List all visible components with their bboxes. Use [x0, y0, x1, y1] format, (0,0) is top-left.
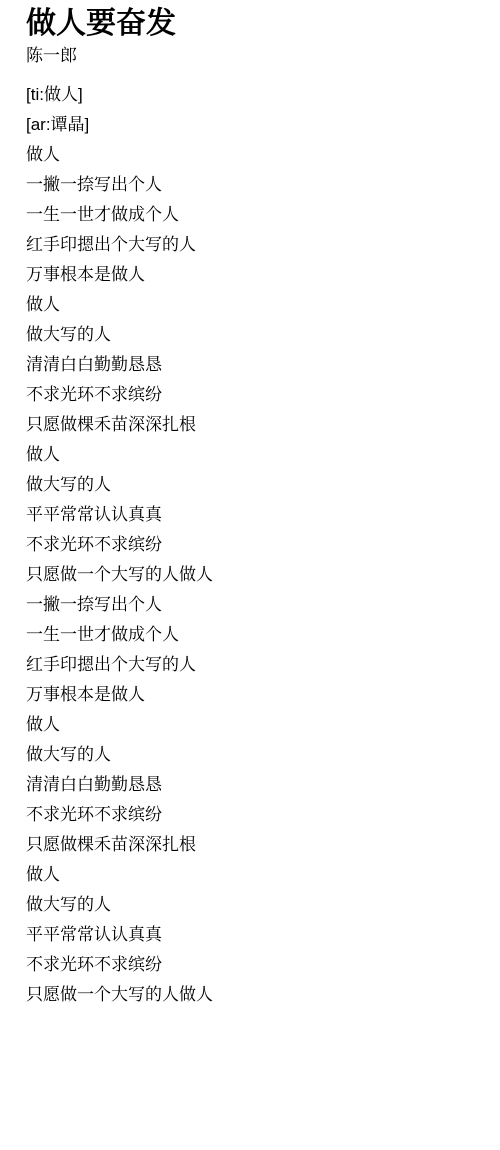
lyric-meta-artist-tag: [ar:谭晶]	[26, 110, 490, 140]
lyric-line: 做大写的人	[26, 470, 490, 500]
lyric-line: 不求光环不求缤纷	[26, 530, 490, 560]
lyric-line: 平平常常认认真真	[26, 920, 490, 950]
lyric-line: 做人	[26, 440, 490, 470]
lyric-line: 只愿做一个大写的人做人	[26, 560, 490, 590]
lyrics-page: 做人要奋发 陈一郎 [ti:做人] [ar:谭晶] 做人 一撇一捺写出个人 一生…	[0, 0, 500, 1010]
lyric-line: 做人	[26, 710, 490, 740]
lyric-line: 一撇一捺写出个人	[26, 170, 490, 200]
lyric-line: 万事根本是做人	[26, 260, 490, 290]
lyric-line: 做大写的人	[26, 320, 490, 350]
song-title: 做人要奋发	[26, 6, 490, 42]
lyric-line: 一生一世才做成个人	[26, 200, 490, 230]
lyric-line: 做人	[26, 290, 490, 320]
lyrics-block: [ti:做人] [ar:谭晶] 做人 一撇一捺写出个人 一生一世才做成个人 红手…	[26, 80, 490, 1010]
lyric-line: 只愿做棵禾苗深深扎根	[26, 830, 490, 860]
lyric-line: 不求光环不求缤纷	[26, 800, 490, 830]
lyric-line: 清清白白勤勤恳恳	[26, 350, 490, 380]
lyric-line: 红手印摁出个大写的人	[26, 650, 490, 680]
artist-name: 陈一郎	[26, 45, 490, 67]
lyric-line: 平平常常认认真真	[26, 500, 490, 530]
lyric-line: 不求光环不求缤纷	[26, 380, 490, 410]
lyric-line: 做大写的人	[26, 740, 490, 770]
lyric-line: 清清白白勤勤恳恳	[26, 770, 490, 800]
lyric-line: 一生一世才做成个人	[26, 620, 490, 650]
lyric-line: 红手印摁出个大写的人	[26, 230, 490, 260]
lyric-line: 做大写的人	[26, 890, 490, 920]
lyric-line: 只愿做一个大写的人做人	[26, 980, 490, 1010]
lyric-line: 只愿做棵禾苗深深扎根	[26, 410, 490, 440]
lyric-line: 做人	[26, 140, 490, 170]
lyric-line: 万事根本是做人	[26, 680, 490, 710]
lyric-line: 做人	[26, 860, 490, 890]
lyric-line: 不求光环不求缤纷	[26, 950, 490, 980]
lyric-line: 一撇一捺写出个人	[26, 590, 490, 620]
lyric-meta-title-tag: [ti:做人]	[26, 80, 490, 110]
